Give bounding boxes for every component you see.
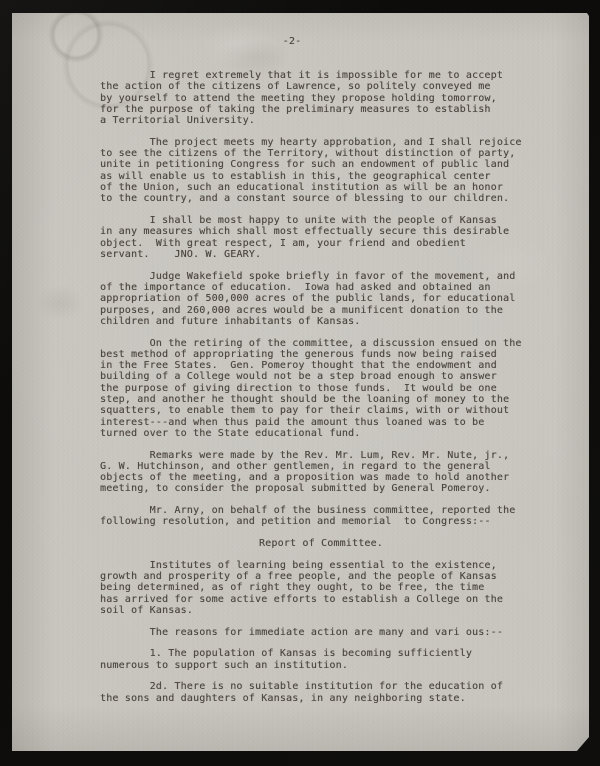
paragraph: 2d. There is no suitable institution for… (100, 681, 542, 704)
page-number: -2- (72, 36, 512, 47)
paragraph: The project meets my hearty approbation,… (100, 137, 542, 205)
report-heading: Report of Committee. (100, 538, 542, 549)
paragraph: Institutes of learning being essential t… (100, 560, 542, 616)
scan-background: -2- I regret extremely that it is imposs… (0, 0, 600, 766)
paragraph: Remarks were made by the Rev. Mr. Lum, R… (100, 450, 542, 495)
paragraph: On the retiring of the committee, a disc… (100, 338, 542, 440)
paragraph: Judge Wakefield spoke briefly in favor o… (100, 271, 542, 327)
paragraph: Mr. Arny, on behalf of the business comm… (100, 505, 542, 528)
paragraph: The reasons for immediate action are man… (100, 627, 542, 638)
paragraphs: I regret extremely that it is impossible… (100, 70, 542, 714)
paragraph: I regret extremely that it is impossible… (100, 70, 542, 126)
scanned-document-page: -2- I regret extremely that it is imposs… (12, 13, 589, 751)
paragraph: 1. The population of Kansas is becoming … (100, 648, 542, 671)
paragraph: I shall be most happy to unite with the … (100, 215, 542, 260)
